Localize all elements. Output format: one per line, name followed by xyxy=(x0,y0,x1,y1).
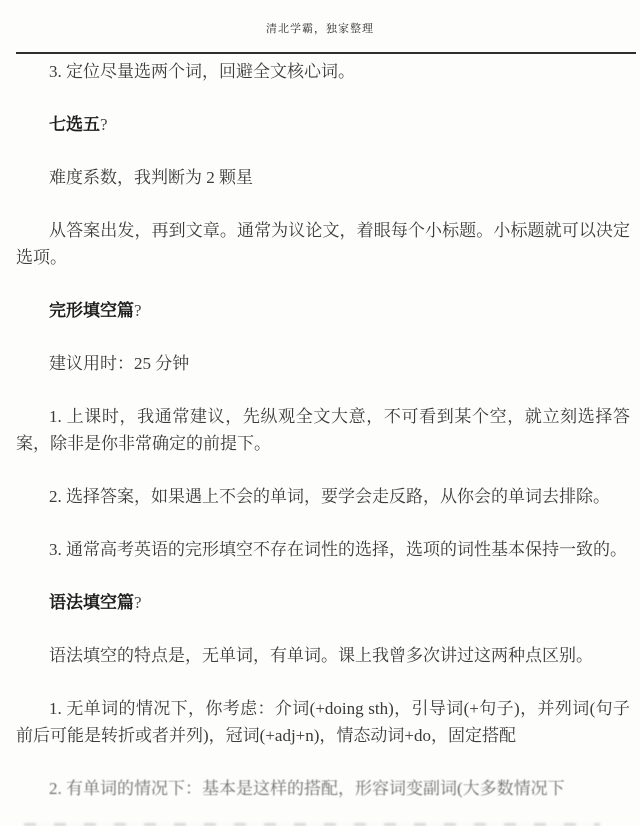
paragraph-grammar-with-word-clipped: 2. 有单词的情况下：基本是这样的搭配，形容词变副词(大多数情况下 xyxy=(16,775,630,802)
paragraph-grammar-features: 语法填空的特点是，无单词，有单词。课上我曾多次讲过这两种点区别。 xyxy=(16,642,630,669)
paragraph-cloze-tip-2: 2. 选择答案，如果遇上不会的单词，要学会走反路，从你会的单词去排除。 xyxy=(16,483,630,510)
paragraph-cloze-tip-1: 1. 上课时，我通常建议，先纵观全文大意，不可看到某个空，就立刻选择答案，除非是… xyxy=(16,403,630,457)
paragraph-locate-words: 3. 定位尽量选两个词，回避全文核心词。 xyxy=(16,58,630,85)
heading-question-mark: ? xyxy=(134,301,142,320)
heading-text: 七选五 xyxy=(49,115,100,134)
document-page: 清北学霸，独家整理 3. 定位尽量选两个词，回避全文核心词。 七选五? 难度系数… xyxy=(0,0,640,826)
heading-question-mark: ? xyxy=(134,593,142,612)
heading-text: 完形填空篇 xyxy=(49,301,134,320)
section-heading-seven-choose-five: 七选五? xyxy=(16,111,630,138)
heading-text: 语法填空篇 xyxy=(49,593,134,612)
paragraph-suggested-time: 建议用时：25 分钟 xyxy=(16,350,630,377)
section-heading-grammar-fill: 语法填空篇? xyxy=(16,589,630,616)
document-body: 3. 定位尽量选两个词，回避全文核心词。 七选五? 难度系数，我判断为 2 颗星… xyxy=(0,58,640,802)
paragraph-difficulty-rating: 难度系数，我判断为 2 颗星 xyxy=(16,164,630,191)
heading-question-mark: ? xyxy=(100,115,108,134)
page-header: 清北学霸，独家整理 xyxy=(0,23,640,36)
section-heading-cloze: 完形填空篇? xyxy=(16,297,630,324)
paragraph-cloze-tip-3: 3. 通常高考英语的完形填空不存在词性的选择，选项的词性基本保持一致的。 xyxy=(16,536,630,563)
header-title: 清北学霸，独家整理 xyxy=(266,23,374,35)
paragraph-grammar-no-word: 1. 无单词的情况下，你考虑：介词(+doing sth)，引导词(+句子)，并… xyxy=(16,695,630,749)
header-divider xyxy=(16,52,636,54)
paragraph-start-from-answers: 从答案出发，再到文章。通常为议论文，着眼每个小标题。小标题就可以决定选项。 xyxy=(16,217,630,271)
